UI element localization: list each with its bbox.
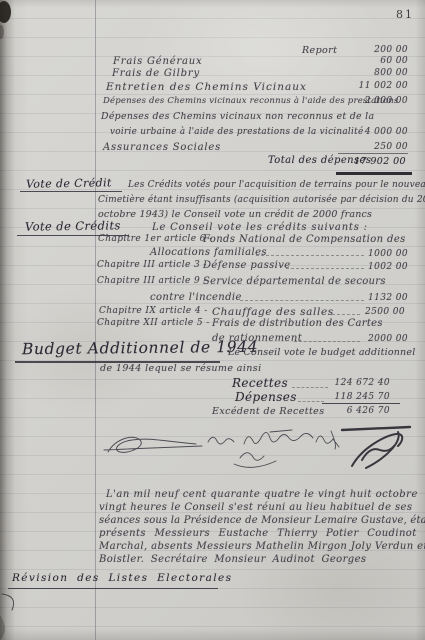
credit-amount: 2000 00 [358, 335, 408, 344]
credit-desc: contre l'incendie [150, 293, 242, 303]
ink-blob [0, 25, 4, 39]
budget-recettes-label: Recettes [232, 377, 288, 389]
ledger-row-amount: 800 00 [352, 69, 408, 78]
budget-depenses-label: Dépenses [235, 391, 297, 403]
total-rule-top [338, 153, 408, 154]
ledger-total-amount: 17 902 00 [340, 157, 406, 167]
session-line: vingt heures le Conseil s'est réuni au l… [99, 503, 412, 513]
signature-6 [342, 427, 410, 430]
dash-leader [294, 339, 360, 342]
scanned-ledger-page: 81 Report 200 00 Frais Généraux 60 00 Fr… [0, 0, 425, 640]
ledger-row-label: Assurances Sociales [103, 143, 221, 153]
ledger-row-amount: 11 002 00 [348, 82, 408, 91]
vote-credit-line: Cimetière étant insuffisants (acquisitio… [98, 196, 425, 205]
revision-underline [8, 588, 218, 589]
signature-5 [316, 431, 339, 449]
ink-blob [0, 1, 11, 23]
credit-amount: 1000 00 [358, 250, 408, 259]
budget-line: Le Conseil vote le budget additionnel [228, 348, 415, 358]
credit-chapter: Chapitre XII article 5 - [97, 319, 210, 328]
credit-chapter: Chapitre III article 9 - [97, 277, 207, 286]
credit-chapter: Chapitre III article 3 - [97, 261, 207, 270]
credit-desc: Défense passive [203, 261, 291, 271]
dash-leader [256, 253, 364, 256]
vote-credit-underline [20, 191, 122, 192]
dash-leader [292, 385, 328, 388]
vote-credit-line: octobre 1943) le Conseil vote un crédit … [98, 210, 372, 220]
ledger-row-label: voirie urbaine à l'aide des prestations … [110, 128, 364, 137]
vote-credits-heading: Vote de Crédits [25, 220, 121, 233]
budget-line: de 1944 lequel se résume ainsi [100, 364, 262, 374]
page-number: 81 [396, 8, 414, 21]
budget-depenses-amount: 118 245 70 [325, 393, 390, 402]
credit-desc: Frais de distribution des Cartes [212, 319, 383, 329]
ledger-report-label: Report [302, 46, 337, 56]
dash-leader [240, 298, 364, 301]
total-rule-bottom [336, 172, 412, 175]
corner-shadow [0, 615, 5, 640]
ledger-row-amount: 250 00 [352, 143, 408, 152]
ledger-row-label: Dépenses des Chemins vicinaux non reconn… [101, 112, 374, 121]
credit-chapter: Chapitre 1er article 6 - [98, 235, 213, 244]
credit-desc: Chauffage des salles [212, 307, 334, 318]
margin-rule [95, 0, 96, 640]
ledger-row-amount: 60 00 [352, 57, 408, 66]
dash-leader [298, 399, 324, 402]
vote-credit-line: Les Crédits votés pour l'acquisition de … [128, 181, 425, 190]
signature-4 [234, 453, 276, 468]
session-line: Boistler. Secrétaire Monsieur Audinot Ge… [99, 555, 366, 565]
signature-1 [104, 437, 202, 452]
session-line: Marchal, absents Messieurs Mathelin Mirg… [99, 542, 425, 552]
session-line: séances sous la Présidence de Monsieur L… [99, 516, 425, 526]
ledger-report-amount: 200 00 [352, 46, 408, 55]
session-line: présents Messieurs Eustache Thierry Poti… [99, 529, 417, 539]
credit-desc: Service départemental de secours [203, 277, 386, 287]
signature-2 [208, 437, 234, 444]
credit-amount: 1002 00 [358, 263, 408, 272]
signature-3 [244, 430, 313, 444]
credit-chapter: Chapitre IX article 4 - [99, 307, 208, 316]
ledger-row-label: Frais Généraux [113, 57, 202, 67]
budget-excedent-label: Excédent de Recettes [212, 407, 324, 417]
ledger-row-amount: 2 000 00 [352, 97, 408, 106]
budget-recettes-amount: 124 672 40 [325, 379, 390, 388]
vote-credits-intro: Le Conseil vote les crédits suivants : [152, 223, 368, 233]
credit-amount: 2500 00 [355, 308, 405, 317]
vote-credit-heading: Vote de Crédit [26, 177, 112, 189]
depenses-underline [322, 403, 400, 404]
stray-stroke [2, 594, 14, 610]
budget-heading: Budget Additionnel de 1944 [22, 340, 258, 358]
dash-leader [286, 266, 364, 269]
ledger-row-label: Entretien des Chemins Vicinaux [106, 82, 307, 93]
credit-desc: Fonds National de Compensation des [203, 235, 406, 245]
budget-excedent-amount: 6 426 70 [332, 407, 390, 416]
credit-amount: 1132 00 [358, 294, 408, 303]
signature-6 [352, 432, 402, 468]
session-line: L'an mil neuf cent quarante quatre le vi… [106, 490, 418, 500]
ledger-row-amount: 4 000 00 [352, 128, 408, 137]
credit-desc: Allocations familiales [150, 248, 267, 258]
revision-heading: Révision des Listes Electorales [12, 573, 232, 584]
ledger-row-label: Frais de Gilbry [112, 69, 200, 79]
